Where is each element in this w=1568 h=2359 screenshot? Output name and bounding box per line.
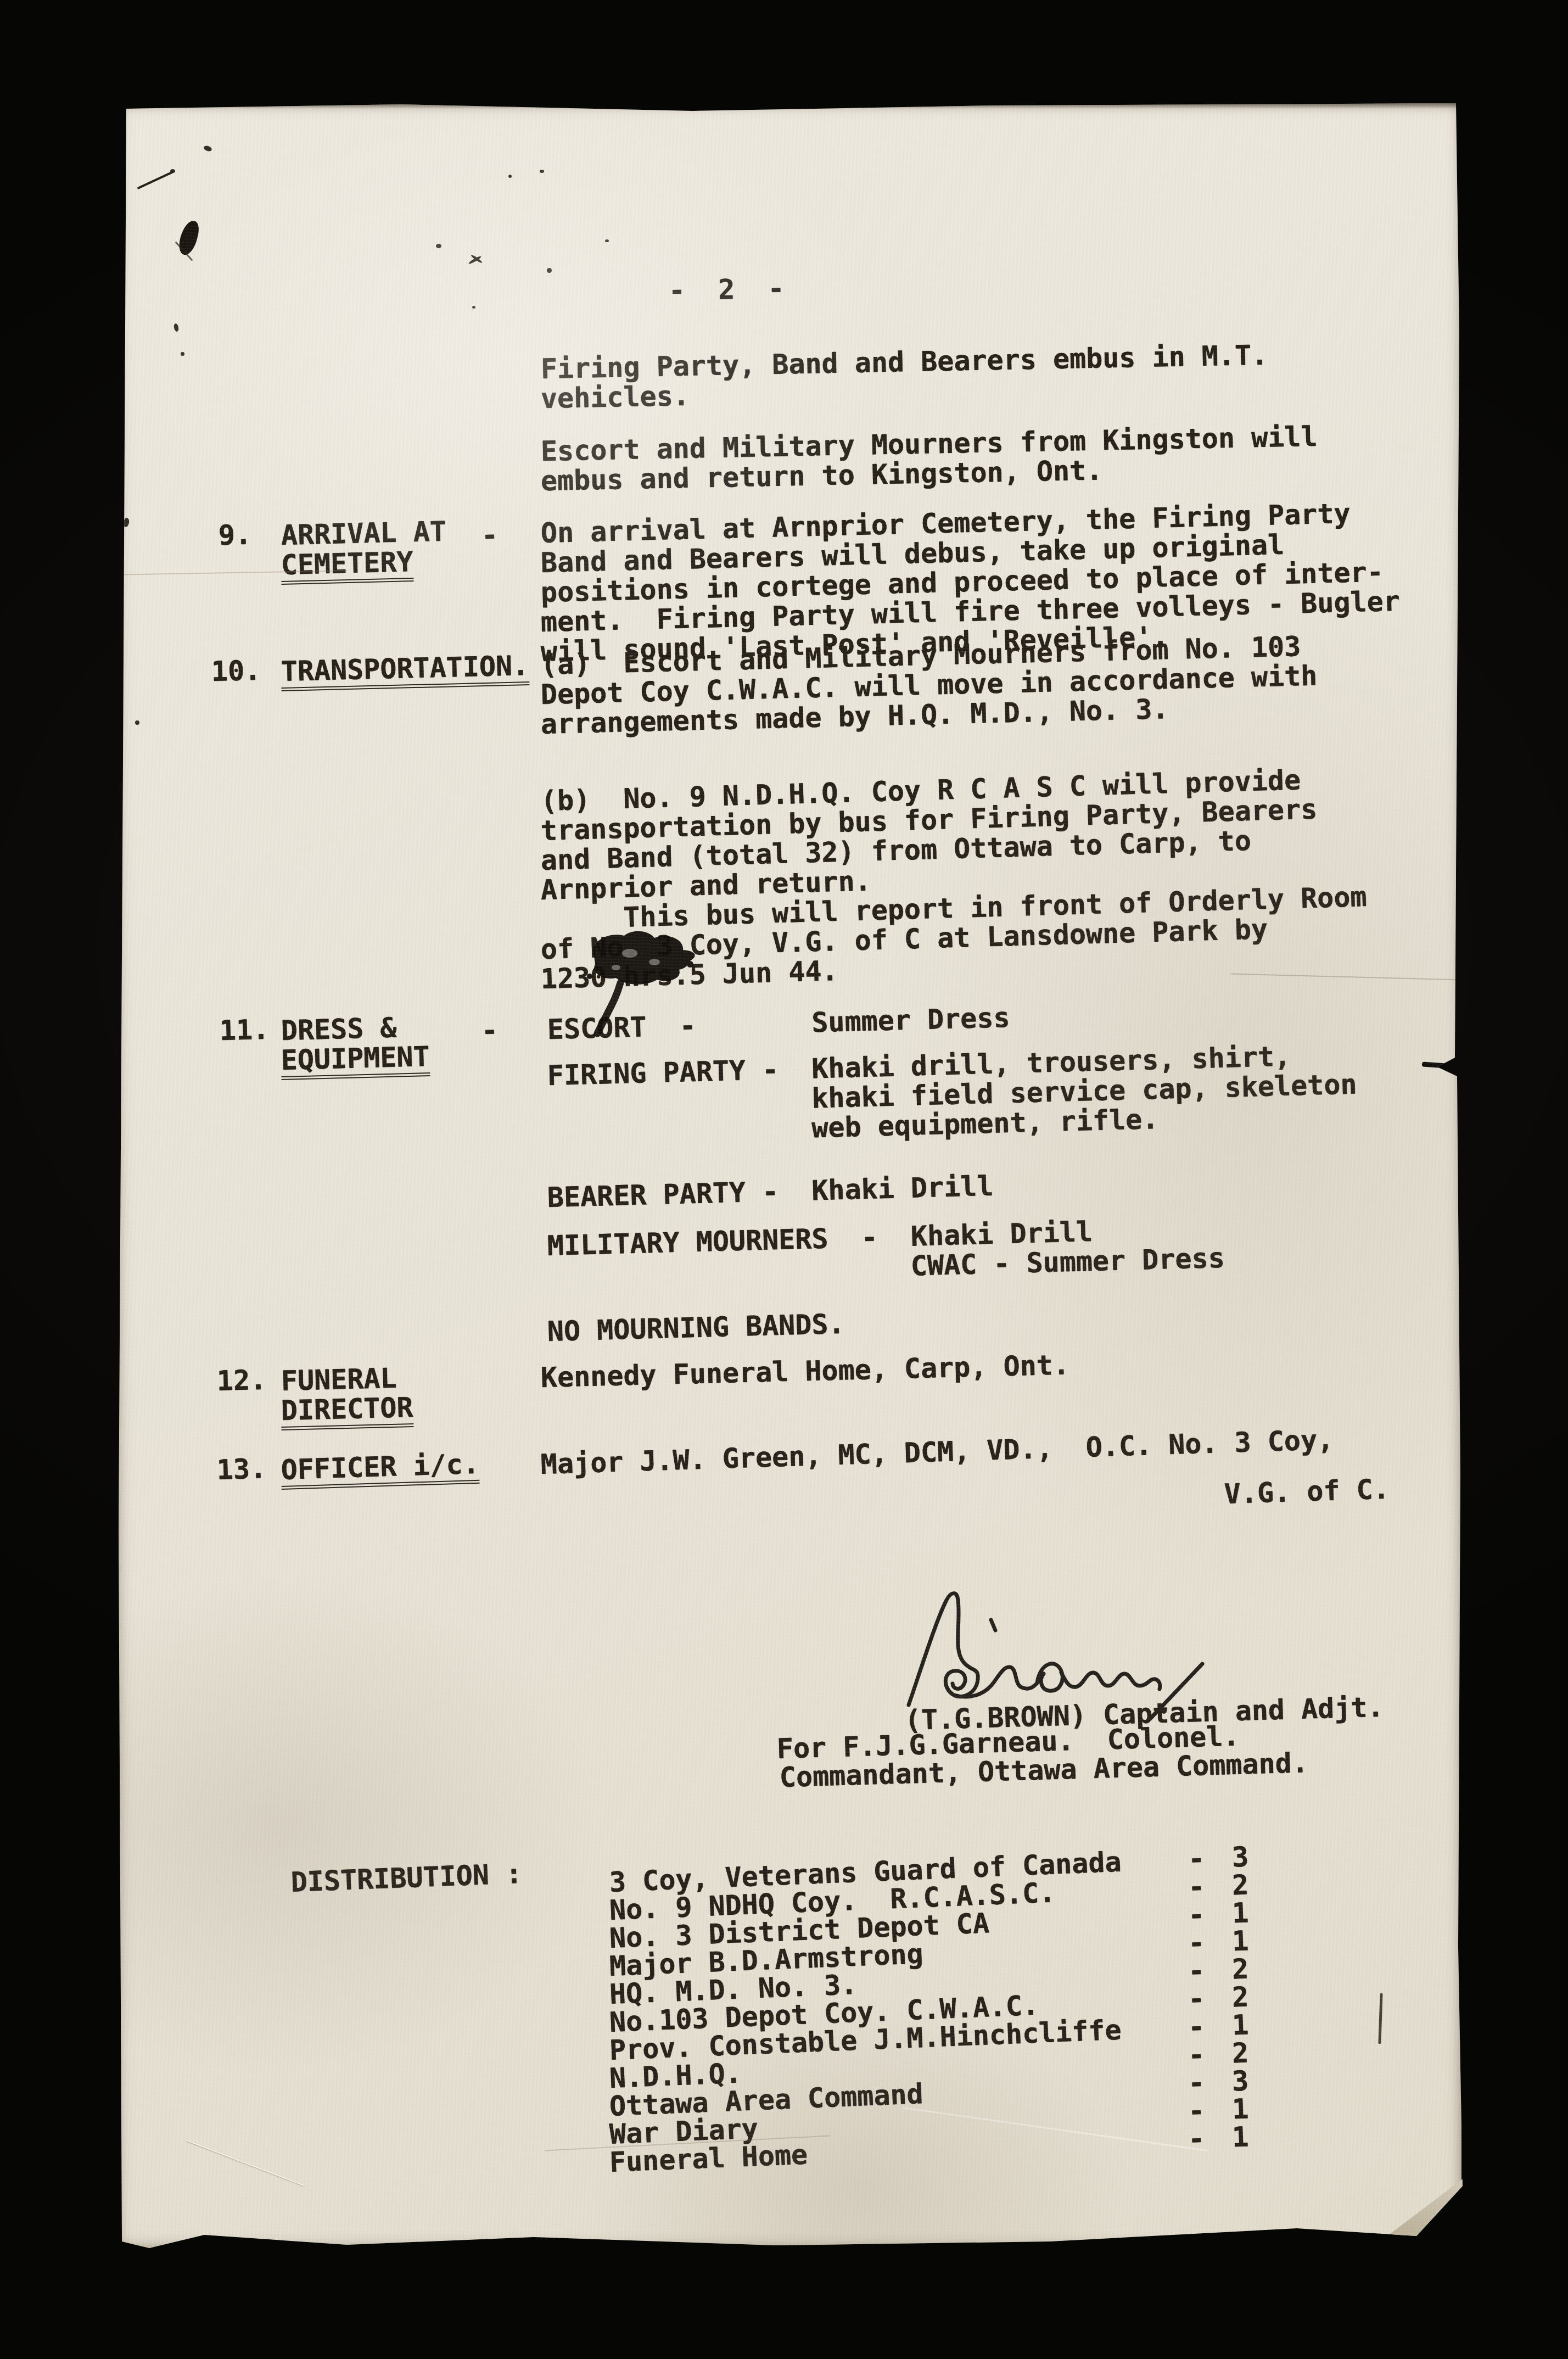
item-10-label: TRANSPORTATION.	[281, 651, 529, 691]
distribution-recipient: Funeral Home	[609, 2140, 808, 2177]
item-12-label-line-1: FUNERAL	[281, 1363, 413, 1396]
paper-speck	[436, 244, 441, 248]
distribution-copies: 2	[1231, 2038, 1249, 2068]
item-12-number: 12.	[216, 1365, 267, 1396]
distribution-copies: 1	[1231, 1898, 1249, 1928]
item-13-label: OFFICER i/c.	[281, 1449, 480, 1490]
paper-speck	[135, 720, 139, 725]
item-9-dash: -	[481, 520, 498, 550]
distribution-copies: 3	[1231, 1842, 1249, 1872]
paper-speck	[605, 239, 609, 242]
distribution-copies: 2	[1231, 1954, 1249, 1984]
underlined-heading: CEMETERY	[281, 547, 413, 585]
pen-mark	[1378, 1993, 1382, 2044]
distribution-copies: 1	[1231, 1926, 1249, 1956]
item-11-label-line-2: EQUIPMENT	[281, 1042, 430, 1080]
distribution-copies: 1	[1231, 2122, 1249, 2152]
item-13-body: Major J.W. Green, MC, DCM, VD., O.C. No.…	[540, 1425, 1334, 1479]
paper-speck	[472, 306, 475, 309]
item-9-label-line-1: ARRIVAL AT	[281, 517, 446, 550]
underlined-heading: DIRECTOR	[281, 1393, 413, 1430]
distribution-dash: -	[1188, 2095, 1205, 2126]
item-9-number: 9.	[218, 520, 252, 550]
distribution-copies: 2	[1231, 1870, 1249, 1900]
corner-fold	[1356, 2160, 1465, 2238]
paper-speck	[508, 175, 512, 178]
distribution-copies: 3	[1231, 2066, 1249, 2096]
paper-crease	[186, 2140, 304, 2186]
page-number: - 2 -	[668, 273, 785, 305]
item-13-number: 13.	[216, 1454, 267, 1485]
edge-tear	[1422, 1061, 1461, 1069]
distribution-dash: -	[1188, 1899, 1205, 1930]
underlined-heading: OFFICER i/c.	[281, 1449, 480, 1490]
intro-paragraph-1: Firing Party, Band and Bearers embus in …	[541, 354, 1268, 413]
distribution-dash: -	[1188, 1871, 1205, 1902]
paper-speck	[173, 323, 180, 332]
item-11-label: DRESS & EQUIPMENT	[281, 1016, 430, 1080]
item-12-label-line-2: DIRECTOR	[281, 1393, 413, 1430]
distribution-dash: -	[1188, 2011, 1205, 2042]
item-11-label-line-1: DRESS &	[281, 1012, 430, 1046]
distribution-dash: -	[1188, 2067, 1205, 2098]
item-11-firing-party: FIRING PARTY - Khaki drill, trousers, sh…	[547, 1061, 1357, 1150]
paper-speck	[547, 268, 552, 273]
item-11-dash: -	[481, 1015, 499, 1046]
distribution-dash: -	[1188, 1983, 1205, 2014]
paper-blot	[177, 219, 201, 256]
underlined-heading: TRANSPORTATION.	[281, 651, 529, 691]
distribution-dash: -	[1188, 2123, 1205, 2154]
distribution-label: DISTRIBUTION :	[290, 1859, 523, 1897]
item-9-label-line-2: CEMETERY	[281, 546, 446, 585]
paper-scratch	[137, 171, 174, 189]
item-12-body: Kennedy Funeral Home, Carp, Ont.	[540, 1350, 1069, 1393]
item-13-body-wrap: V.G. of C.	[1224, 1474, 1390, 1509]
paper-speck	[181, 352, 184, 356]
item-9-label: ARRIVAL AT CEMETERY	[281, 521, 446, 585]
paper-speck	[203, 145, 212, 153]
distribution-dash: -	[1188, 1955, 1205, 1986]
paper-speck	[170, 169, 175, 173]
distribution-dash: -	[1188, 1927, 1205, 1958]
distribution-copies: 1	[1231, 2010, 1249, 2040]
item-11-bearer-party: BEARER PARTY - Khaki Drill	[547, 1171, 994, 1212]
distribution-dash: -	[1188, 1843, 1205, 1874]
item-11-no-mourning-bands: NO MOURNING BANDS.	[547, 1309, 845, 1346]
item-11-military-mourners: MILITARY MOURNERS - Khaki Drill CWAC - S…	[547, 1231, 1225, 1290]
document-page: - 2 - Firing Party, Band and Bearers emb…	[116, 102, 1461, 2255]
distribution-dash: -	[1188, 2039, 1205, 2070]
ink-blot	[578, 926, 698, 1036]
intro-paragraph-2: Escort and Military Mourners from Kingst…	[541, 437, 1318, 496]
paper-bottom-edge	[116, 2238, 1461, 2255]
item-11-number: 11.	[219, 1015, 270, 1046]
item-10-number: 10.	[211, 656, 261, 686]
item-10-body-a: (a) Escort and Military Mourners from No…	[541, 650, 1318, 739]
distribution-copies: 2	[1231, 1982, 1249, 2012]
paper-speck	[123, 517, 130, 527]
underlined-heading: EQUIPMENT	[281, 1042, 430, 1080]
item-12-label: FUNERAL DIRECTOR	[281, 1366, 413, 1430]
photo-background: - 2 - Firing Party, Band and Bearers emb…	[0, 0, 1568, 2359]
paper-speck	[540, 170, 544, 173]
distribution-copies: 1	[1231, 2094, 1249, 2124]
paper-top-shadow	[116, 102, 1461, 109]
